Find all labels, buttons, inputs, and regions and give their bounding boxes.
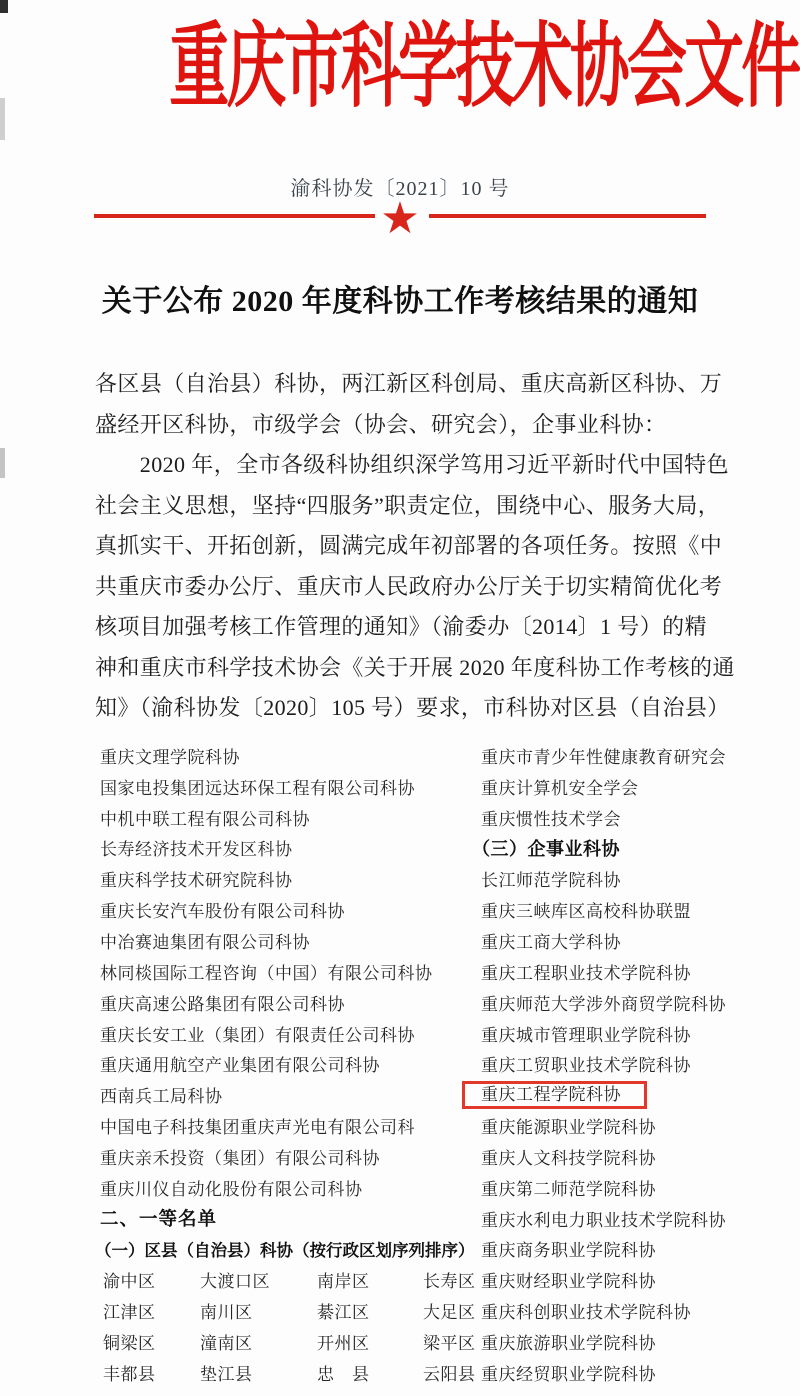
award-lists: 重庆文理学院科协重庆市青少年性健康教育研究会国家电投集团远达环保工程有限公司科协… — [100, 740, 780, 1388]
body-text-line: 2020 年，全市各级科协组织深学笃用习近平新时代中国特色 — [95, 445, 735, 486]
district-name: 长寿区 — [423, 1267, 481, 1292]
list-cell-right: 重庆能源职业学院科协 — [481, 1113, 780, 1138]
list-row: 江津区南川区綦江区大足区重庆科创职业技术学院科协 — [100, 1295, 780, 1326]
list-cell-right: 重庆旅游职业学院科协 — [481, 1329, 780, 1354]
body-text-line: 核项目加强考核工作管理的通知》（渝委办〔2014〕1 号）的精 — [95, 607, 735, 648]
list-item-right: 重庆工商大学科协 — [481, 933, 621, 952]
list-item-right: 重庆惯性技术学会 — [481, 810, 621, 829]
notice-body: 各区县（自治县）科协，两江新区科创局、重庆高新区科协、万盛经开区科协，市级学会（… — [95, 364, 735, 729]
list-row: 国家电投集团远达环保工程有限公司科协重庆计算机安全学会 — [100, 771, 780, 802]
star-icon: ★ — [380, 197, 419, 241]
list-row: 西南兵工局科协重庆工程学院科协 — [100, 1079, 780, 1110]
list-item-left: 重庆川仪自动化股份有限公司科协 — [100, 1175, 481, 1200]
district-row: 江津区南川区綦江区大足区 — [100, 1298, 481, 1323]
list-row: 丰都县垫江县忠 县云阳县重庆经贸职业学院科协 — [100, 1357, 780, 1388]
list-cell-right: 重庆水利电力职业技术学院科协 — [481, 1206, 780, 1231]
highlighted-list-item: 重庆工程学院科协 — [462, 1081, 647, 1109]
list-item-left: 西南兵工局科协 — [100, 1082, 481, 1107]
list-cell-right: 重庆惯性技术学会 — [481, 805, 780, 830]
body-text-line: 盛经开区科协，市级学会（协会、研究会），企事业科协： — [95, 405, 735, 446]
list-row: 重庆通用航空产业集团有限公司科协重庆工贸职业技术学院科协 — [100, 1048, 780, 1079]
district-name: 南川区 — [200, 1298, 317, 1323]
list-row: 重庆长安工业（集团）有限责任公司科协重庆城市管理职业学院科协 — [100, 1018, 780, 1049]
list-cell-right: 重庆三峡库区高校科协联盟 — [481, 897, 780, 922]
body-text-line: 社会主义思想，坚持“四服务”职责定位，围绕中心、服务大局， — [95, 486, 735, 527]
section-heading: 二、一等名单 — [100, 1205, 481, 1231]
list-item-right: 长江师范学院科协 — [481, 871, 621, 890]
list-cell-right: 重庆计算机安全学会 — [481, 774, 780, 799]
list-cell-right: 重庆商务职业学院科协 — [481, 1236, 780, 1261]
list-row: 重庆科学技术研究院科协长江师范学院科协 — [100, 863, 780, 894]
district-row: 渝中区大渡口区南岸区长寿区 — [100, 1267, 481, 1292]
list-item-right: 重庆工贸职业技术学院科协 — [481, 1056, 691, 1075]
divider-line-right — [429, 214, 706, 218]
district-name: 綦江区 — [317, 1298, 423, 1323]
list-row: 重庆文理学院科协重庆市青少年性健康教育研究会 — [100, 740, 780, 771]
district-row: 丰都县垫江县忠 县云阳县 — [100, 1360, 481, 1385]
list-item-left: 林同棪国际工程咨询（中国）有限公司科协 — [100, 959, 481, 984]
list-row: （一）区县（自治县）科协（按行政区划序列排序）重庆商务职业学院科协 — [100, 1234, 780, 1265]
list-item-right: 重庆城市管理职业学院科协 — [481, 1026, 691, 1045]
list-cell-right: 重庆师范大学涉外商贸学院科协 — [481, 990, 780, 1015]
list-cell-right: 重庆人文科技学院科协 — [481, 1144, 780, 1169]
list-item-right: 重庆商务职业学院科协 — [481, 1241, 656, 1260]
body-text-line: 神和重庆市科学技术协会《关于开展 2020 年度科协工作考核的通 — [95, 648, 735, 689]
body-text-line: 知》（渝科协发〔2020〕105 号）要求，市科协对区县（自治县） — [95, 688, 735, 729]
district-name: 忠 县 — [317, 1360, 423, 1385]
list-item-left: 重庆高速公路集团有限公司科协 — [100, 990, 481, 1015]
list-row: 重庆亲禾投资（集团）有限公司科协重庆人文科技学院科协 — [100, 1141, 780, 1172]
list-item-left: 重庆亲禾投资（集团）有限公司科协 — [100, 1144, 481, 1169]
list-item-left: 重庆长安汽车股份有限公司科协 — [100, 897, 481, 922]
list-row: 重庆高速公路集团有限公司科协重庆师范大学涉外商贸学院科协 — [100, 987, 780, 1018]
list-item-left: 中机中联工程有限公司科协 — [100, 805, 481, 830]
list-item-left: 国家电投集团远达环保工程有限公司科协 — [100, 774, 481, 799]
list-item-right: 重庆能源职业学院科协 — [481, 1118, 656, 1137]
list-item-left: 重庆长安工业（集团）有限责任公司科协 — [100, 1021, 481, 1046]
subsection-heading: （三）企事业科协 — [472, 835, 620, 861]
list-row: 中机中联工程有限公司科协重庆惯性技术学会 — [100, 802, 780, 833]
list-item-right: 重庆经贸职业学院科协 — [481, 1365, 656, 1384]
district-name: 南岸区 — [317, 1267, 423, 1292]
list-item-right: 重庆市青少年性健康教育研究会 — [481, 748, 726, 767]
district-name: 梁平区 — [423, 1329, 481, 1354]
district-name: 开州区 — [317, 1329, 423, 1354]
list-item-left: 中冶赛迪集团有限公司科协 — [100, 928, 481, 953]
district-name: 大渡口区 — [200, 1267, 317, 1292]
body-text-line: 真抓实干、开拓创新，圆满完成年初部署的各项任务。按照《中 — [95, 526, 735, 567]
list-item-right: 重庆工程职业技术学院科协 — [481, 964, 691, 983]
district-name: 潼南区 — [200, 1329, 317, 1354]
district-name: 丰都县 — [103, 1360, 200, 1385]
list-item-left: 重庆科学技术研究院科协 — [100, 866, 481, 891]
list-cell-right: 重庆经贸职业学院科协 — [481, 1360, 780, 1385]
scan-artifact — [0, 0, 8, 13]
list-cell-right: 长江师范学院科协 — [481, 866, 780, 891]
list-cell-right: 重庆科创职业技术学院科协 — [481, 1298, 780, 1323]
list-item-right: 重庆师范大学涉外商贸学院科协 — [481, 995, 726, 1014]
scanned-official-document: 重庆市科学技术协会文件 渝科协发〔2021〕10 号 ★ 关于公布 2020 年… — [0, 0, 800, 1396]
district-name: 垫江县 — [200, 1360, 317, 1385]
list-item-left: 重庆文理学院科协 — [100, 743, 481, 768]
list-row: 林同棪国际工程咨询（中国）有限公司科协重庆工程职业技术学院科协 — [100, 956, 780, 987]
list-row: 重庆长安汽车股份有限公司科协重庆三峡库区高校科协联盟 — [100, 894, 780, 925]
body-text-line: 共重庆市委办公厅、重庆市人民政府办公厅关于切实精简优化考 — [95, 567, 735, 608]
list-item-right: 重庆科创职业技术学院科协 — [481, 1303, 691, 1322]
notice-title: 关于公布 2020 年度科协工作考核结果的通知 — [0, 276, 800, 320]
list-cell-right: 重庆工贸职业技术学院科协 — [481, 1051, 780, 1076]
list-row: 重庆川仪自动化股份有限公司科协重庆第二师范学院科协 — [100, 1172, 780, 1203]
list-item-left: 长寿经济技术开发区科协 — [100, 835, 481, 860]
list-cell-right: 重庆城市管理职业学院科协 — [481, 1021, 780, 1046]
list-row: 铜梁区潼南区开州区梁平区重庆旅游职业学院科协 — [100, 1326, 780, 1357]
list-item-right: 重庆水利电力职业技术学院科协 — [481, 1211, 726, 1230]
subsection-heading: （一）区县（自治县）科协（按行政区划序列排序） — [95, 1237, 481, 1261]
scan-artifact — [0, 448, 5, 478]
list-row: 中国电子科技集团重庆声光电有限公司科重庆能源职业学院科协 — [100, 1110, 780, 1141]
list-item-right: 重庆旅游职业学院科协 — [481, 1334, 656, 1353]
letterhead-org-title: 重庆市科学技术协会文件 — [169, 14, 798, 120]
list-row: 长寿经济技术开发区科协（三）企事业科协 — [100, 833, 780, 864]
list-cell-right: （三）企事业科协 — [481, 835, 780, 861]
district-name: 铜梁区 — [103, 1329, 200, 1354]
list-item-right: 重庆人文科技学院科协 — [481, 1149, 656, 1168]
list-cell-right: 重庆第二师范学院科协 — [481, 1175, 780, 1200]
list-item-left: 重庆通用航空产业集团有限公司科协 — [100, 1051, 481, 1076]
list-cell-right: 重庆市青少年性健康教育研究会 — [481, 743, 780, 768]
list-item-right: 重庆三峡库区高校科协联盟 — [481, 902, 691, 921]
list-item-right: 重庆财经职业学院科协 — [481, 1272, 656, 1291]
district-row: 铜梁区潼南区开州区梁平区 — [100, 1329, 481, 1354]
list-item-right: 重庆计算机安全学会 — [481, 779, 639, 798]
list-cell-right: 重庆财经职业学院科协 — [481, 1267, 780, 1292]
red-divider: ★ — [94, 198, 706, 242]
list-cell-right: 重庆工商大学科协 — [481, 928, 780, 953]
district-name: 渝中区 — [103, 1267, 200, 1292]
list-item-right: 重庆第二师范学院科协 — [481, 1180, 656, 1199]
list-item-left: 中国电子科技集团重庆声光电有限公司科 — [100, 1113, 481, 1138]
body-text-line: 各区县（自治县）科协，两江新区科创局、重庆高新区科协、万 — [95, 364, 735, 405]
district-name: 大足区 — [423, 1298, 481, 1323]
list-cell-right: 重庆工程学院科协 — [481, 1081, 780, 1109]
list-row: 二、一等名单重庆水利电力职业技术学院科协 — [100, 1203, 780, 1234]
list-cell-right: 重庆工程职业技术学院科协 — [481, 959, 780, 984]
district-name: 江津区 — [103, 1298, 200, 1323]
list-row: 中冶赛迪集团有限公司科协重庆工商大学科协 — [100, 925, 780, 956]
list-row: 渝中区大渡口区南岸区长寿区重庆财经职业学院科协 — [100, 1264, 780, 1295]
district-name: 云阳县 — [423, 1360, 481, 1385]
divider-line-left — [94, 214, 375, 218]
letterhead: 重庆市科学技术协会文件 — [0, 14, 800, 120]
